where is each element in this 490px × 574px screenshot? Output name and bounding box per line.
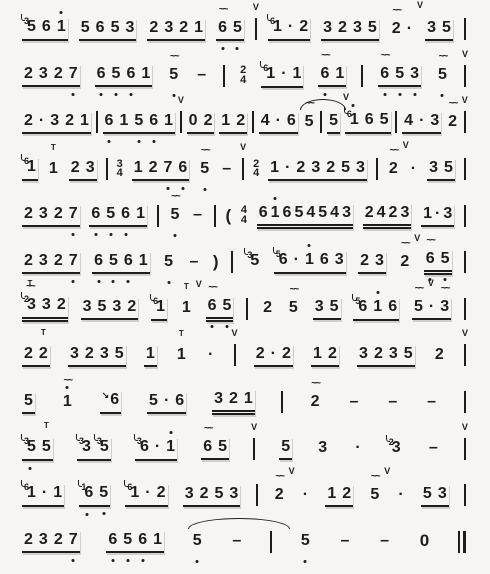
barline (231, 251, 233, 273)
note-digit: 2 (299, 17, 308, 37)
note-digit: · (39, 111, 44, 131)
note: 5V (329, 111, 338, 131)
note: 2 (149, 18, 158, 38)
octave-dot-below (102, 512, 105, 515)
note-group: 6561 (95, 64, 153, 87)
note-digit: 2 (65, 111, 74, 131)
note-digit: 2 (24, 251, 33, 271)
note-digit: 3 (335, 250, 344, 270)
octave-dot-below (97, 280, 100, 283)
barline (214, 205, 216, 227)
barline-stroke (464, 298, 466, 320)
note: 2 (24, 64, 33, 84)
note-digit: 1 (313, 344, 322, 364)
note-group: 2327 (22, 64, 80, 87)
note-digit: – (340, 531, 349, 551)
note: 1 (270, 158, 279, 178)
note-digit: 5 (301, 531, 310, 551)
note-group: 5~~ (198, 159, 211, 180)
octave-dot-below (72, 233, 75, 236)
barline-stroke (253, 438, 255, 460)
note: 2~~ (392, 19, 401, 39)
grace-note: 3 (97, 431, 102, 451)
note-group: · (353, 438, 362, 459)
note-digit: · (285, 158, 290, 178)
note: 2 (296, 158, 305, 178)
barline (223, 65, 225, 87)
barline-stroke (223, 65, 225, 87)
final-double-barline (458, 531, 466, 553)
note-group: 2~~ (446, 112, 459, 133)
tee-mark-icon: T (51, 144, 56, 152)
note-digit: 6 (124, 251, 133, 271)
notation-row: 232765615~~–2461·16~~16~~535~~V (22, 53, 466, 100)
note-digit: 5 (233, 18, 242, 38)
note-digit: 6 (380, 64, 389, 84)
barline (96, 111, 98, 133)
note: 33 (79, 437, 91, 458)
note-group: 6561 (106, 530, 164, 553)
note: 23 (389, 438, 401, 459)
note: 3 (438, 484, 447, 504)
note-group: 35 (245, 251, 261, 273)
note: 5 (444, 158, 453, 178)
note: 2 (263, 298, 272, 318)
octave-dot-below (137, 140, 140, 143)
breath-mark-icon: V (384, 467, 390, 475)
octave-dot-below (383, 93, 386, 96)
note-digit: 5 (149, 391, 158, 411)
octave-dot-below (126, 559, 129, 562)
note-digit: 7 (69, 251, 78, 271)
note: 2 (360, 251, 369, 271)
note: 5 (395, 64, 404, 84)
note-digit: 5 (404, 344, 413, 364)
note: 5~~ (438, 65, 447, 85)
note-group: 2·2 (254, 344, 293, 367)
note-digit: · (294, 250, 299, 270)
note-digit: · (164, 391, 169, 411)
note-digit: 6 (178, 158, 187, 178)
note: 5~~V (414, 297, 423, 317)
note: 6 (283, 203, 292, 223)
note: 3 (427, 18, 436, 38)
note-digit: 6 (203, 437, 212, 457)
note-digit: 6 (287, 111, 296, 131)
octave-dot-below (129, 93, 132, 96)
note-digit: 6 (218, 18, 227, 38)
note: 3 (83, 297, 92, 317)
note-group: 12 (219, 111, 247, 134)
barline (252, 111, 254, 133)
barline (361, 65, 363, 87)
time-signature: 44 (241, 206, 247, 225)
note-group: 61561 (103, 111, 176, 134)
note-digit: 5 (281, 437, 290, 457)
note-digit: · (276, 111, 281, 131)
dot-augmentation: · (208, 345, 213, 365)
note-group: – (195, 65, 208, 86)
note-group: 1 (144, 344, 157, 367)
note-digit: 1 (271, 203, 280, 223)
note-digit: 4 (330, 203, 339, 223)
note: 2 (57, 295, 66, 315)
note-digit: 2 (400, 252, 409, 272)
note-group: 5 (162, 252, 175, 273)
trill-icon: ~~ (305, 100, 313, 108)
note: 1 (141, 64, 150, 84)
grace-note: 6 (270, 11, 275, 31)
note-group: 2~~·V (390, 19, 414, 40)
dot-augmentation: · (39, 111, 44, 131)
note-digit: 5 (109, 251, 118, 271)
note: 5 (149, 391, 158, 411)
note-digit: 6 (426, 249, 435, 269)
barline-stroke (246, 298, 248, 320)
note-digit: · (407, 19, 412, 39)
note: 6 (97, 64, 106, 84)
octave-dot-above (60, 11, 63, 14)
note-group: 6~~5 (216, 18, 244, 41)
note-digit: 2 (256, 344, 265, 364)
note-digit: 6 (94, 251, 103, 271)
breath-mark-icon: V (251, 423, 257, 431)
note-digit: 1 (423, 204, 432, 224)
breath-mark-icon: V (462, 50, 468, 58)
octave-dot-above (351, 104, 354, 107)
note-group: – (187, 252, 200, 273)
note-group: 35 (425, 18, 453, 41)
note-digit: 1 (53, 483, 62, 503)
note-digit: 2 (149, 158, 158, 178)
note: 61 (24, 483, 36, 504)
note: 1T (49, 159, 58, 179)
octave-dot-below (323, 93, 326, 96)
dash-note: – (380, 531, 389, 551)
note: 4 (261, 111, 270, 131)
trill-icon: ~~ (381, 52, 389, 60)
note-group: – (378, 531, 391, 552)
note: 3 (342, 203, 351, 223)
note: 2 (24, 530, 33, 550)
note-digit: 1 (57, 17, 66, 37)
note: 6~~ (203, 437, 212, 457)
barline-stroke (106, 158, 108, 180)
note-digit: · (303, 485, 308, 505)
note-digit: 6 (149, 111, 158, 131)
barline (256, 484, 258, 506)
note: 2 (54, 251, 63, 271)
octave-dot-below (173, 234, 176, 237)
octave-dot-below (225, 325, 228, 328)
note: 1 (423, 204, 432, 224)
note-digit: 3 (400, 203, 409, 223)
barline-stroke (252, 111, 254, 133)
note: 1 (166, 437, 175, 457)
note-digit: 1 (305, 250, 314, 270)
note-digit: 3 (214, 389, 223, 409)
note: 1 (139, 251, 148, 271)
octave-dot-below (181, 187, 184, 190)
grace-note: 2 (24, 289, 29, 309)
grace-note: 6 (24, 477, 29, 497)
note-digit: 2 (71, 158, 80, 178)
note-digit: 1 (136, 204, 145, 224)
note-digit: 6 (97, 64, 106, 84)
note: 16 (81, 483, 93, 504)
note-group: 2~~V (398, 252, 411, 273)
grace-note: 3 (24, 11, 29, 31)
barline (320, 111, 322, 133)
octave-dot-above (274, 197, 277, 200)
note: 2 (149, 158, 158, 178)
note-group: 23~~T32 (22, 295, 68, 322)
tee-mark-icon: T (41, 329, 46, 337)
note: 5 (441, 249, 450, 269)
note-digit: 2 (342, 484, 351, 504)
note-digit: 6 (365, 110, 374, 130)
note: 6 (138, 530, 147, 550)
note: 2 (65, 111, 74, 131)
note-digit: 5 (442, 18, 451, 38)
note: 3 (400, 203, 409, 223)
note-group: 61·2 (125, 483, 167, 507)
note: 1 (293, 64, 302, 84)
note: 5~~ (169, 65, 178, 85)
note-digit: 3 (443, 204, 452, 224)
trill-icon: ~~ (371, 473, 379, 481)
note-digit: 2 (54, 251, 63, 271)
note: 3 (229, 484, 238, 504)
time-signature-denominator: 4 (240, 76, 246, 86)
trill-icon: ~~ (401, 240, 409, 248)
barline (395, 111, 397, 133)
note: 5 (24, 391, 33, 411)
note: 2 (229, 389, 238, 409)
note: 3 (39, 251, 48, 271)
note-group: 23 (69, 158, 97, 181)
note-digit: 2 (24, 344, 33, 364)
note-digit: 5 (42, 437, 51, 457)
note-digit: 5 (200, 159, 209, 179)
rest-note: 0 (420, 531, 429, 552)
note-digit: 3 (342, 203, 351, 223)
barline-stroke (231, 251, 233, 273)
trill-icon: ~~ (426, 237, 434, 245)
note: 61 (263, 64, 275, 85)
barline-stroke (242, 158, 244, 180)
note-group: 4·6 (259, 111, 298, 134)
note: 7 (164, 158, 173, 178)
note-digit: 1 (119, 111, 128, 131)
note-digit: 2 (328, 344, 337, 364)
note: 6 (121, 204, 130, 224)
note: 6~~ (218, 18, 227, 38)
note-digit: 1 (141, 64, 150, 84)
note-group: – (220, 159, 233, 180)
note: 6 (320, 250, 329, 270)
note-digit: 2 (435, 345, 444, 365)
note-group: 5~~ (287, 298, 300, 319)
note: 61 (347, 110, 359, 131)
octave-dot-below (108, 140, 111, 143)
grace-note: 6 (347, 104, 352, 124)
notation-row: 232765615~~–(446165454324231·3 (22, 192, 466, 239)
note-digit: 1 (270, 158, 279, 178)
note: 6 (124, 251, 133, 271)
note-group: 6~~5 (201, 437, 229, 460)
note: 1T (177, 345, 186, 365)
barline-stroke (464, 391, 466, 413)
barline-stroke (463, 531, 466, 553)
note: 1 (313, 344, 322, 364)
dash-note: – (340, 531, 349, 551)
note-digit: 3 (375, 251, 384, 271)
note-digit: – (427, 392, 436, 412)
note-digit: · (271, 344, 276, 364)
note-digit: 2 (236, 111, 245, 131)
note-digit: 6 (259, 203, 268, 223)
note: 35 (24, 17, 36, 38)
note-group: 3532 (81, 297, 139, 320)
note-group: 321 (212, 389, 255, 415)
note-digit: 0 (420, 531, 429, 551)
note: 3 (100, 344, 109, 364)
note-group: 1T (47, 159, 60, 180)
slide-down-icon: ↘ (102, 385, 110, 405)
note-group: 56·163 (274, 250, 346, 274)
note: 2 (299, 17, 308, 37)
parenthesis: ) (213, 252, 219, 272)
note-digit: 5 (81, 18, 90, 38)
note: 3 (70, 344, 79, 364)
dot-augmentation: · (281, 64, 286, 84)
notation-row: 2·32161561V02124·65~~5V61654·32~~V (22, 99, 466, 146)
note: 1 (119, 111, 128, 131)
note-group: – (425, 392, 438, 413)
note: 3 (112, 297, 121, 317)
note-digit: 6 (208, 296, 217, 316)
note-digit: 6 (283, 203, 292, 223)
barline: V (242, 158, 244, 180)
note: 2 (71, 158, 80, 178)
note: 3 (86, 158, 95, 178)
octave-dot-below (72, 93, 75, 96)
note-digit: · (411, 159, 416, 179)
note-digit: 1 (244, 389, 253, 409)
dash-note: – (232, 531, 241, 551)
note-group: 5~~ (168, 205, 181, 226)
note: 6 (388, 297, 397, 317)
note-group: 2321 (147, 18, 205, 41)
note: 1 (335, 64, 344, 84)
time-signature: 24 (253, 160, 259, 179)
note-group: 3235 (68, 344, 126, 367)
note: 36 (137, 437, 149, 458)
note-digit: 2 (204, 111, 213, 131)
note-digit: 4 (377, 203, 386, 223)
note-digit: 5 (368, 18, 377, 38)
note: 2 (374, 344, 383, 364)
note-digit: 3 (356, 158, 365, 178)
dash-note: – (388, 392, 397, 412)
note: 5 (111, 18, 120, 38)
octave-dot-below (413, 93, 416, 96)
note: 5 (318, 203, 327, 223)
note-digit: · (288, 17, 293, 37)
note: 2 (236, 111, 245, 131)
note: 6~~ (426, 249, 435, 269)
note-group: 2~~ (309, 392, 322, 413)
note-digit: 3 (353, 18, 362, 38)
note-group: 23 (358, 251, 386, 274)
octave-dot-below (211, 325, 214, 328)
note-group: 3561 (22, 17, 68, 41)
note: 7 (69, 64, 78, 84)
dot-augmentation: · (429, 297, 434, 317)
grace-note: 6 (127, 477, 132, 497)
note-digit: 5 (318, 203, 327, 223)
note-digit: 5 (444, 158, 453, 178)
grace-note: 6 (153, 291, 158, 311)
note-digit: 6 (320, 64, 329, 84)
dash-note: – (429, 438, 438, 458)
note: 3 (50, 111, 59, 131)
note: 6 (175, 391, 184, 411)
note-digit: – (429, 438, 438, 458)
time-signature-denominator: 4 (253, 169, 259, 179)
note: 6 (91, 204, 100, 224)
note: 3 (359, 344, 368, 364)
note-digit: 3 (410, 64, 419, 84)
note-digit: 3 (429, 158, 438, 178)
notation-row: 22T323511T·V2·21232352V (22, 332, 466, 379)
note-digit: 2 (389, 203, 398, 223)
octave-dot-below (166, 187, 169, 190)
barline: V (255, 18, 257, 40)
note-group: 02 (187, 111, 215, 134)
note: 3 (323, 18, 332, 38)
octave-dot-below (127, 280, 130, 283)
note-digit: 1 (153, 530, 162, 550)
dot-augmentation: · (435, 204, 440, 224)
note: 7 (69, 530, 78, 550)
note: 1 (373, 297, 382, 317)
note-digit: 7 (164, 158, 173, 178)
note: 3 (356, 158, 365, 178)
note-group: 5~~ (436, 65, 449, 86)
barline-stroke (255, 18, 257, 40)
note-digit: 5 (193, 531, 202, 551)
note: 5 (404, 344, 413, 364)
note-digit: 7 (69, 64, 78, 84)
note-group: ↘6 (100, 390, 121, 414)
note: 61 (270, 17, 282, 38)
note-digit: 1 (134, 158, 143, 178)
note-group: 355T (22, 437, 53, 461)
note-digit: · (42, 483, 47, 503)
barline-stroke (180, 111, 182, 133)
note-digit: 5 (215, 484, 224, 504)
barline-stroke (157, 205, 159, 227)
note-digit: 1 (221, 111, 230, 131)
octave-dot-below (124, 233, 127, 236)
note: 6 (365, 110, 374, 130)
notation-row: 61·116561·232532~~V·125~~V·53 (22, 472, 466, 519)
note-group: 5 (191, 531, 204, 552)
barline-stroke (281, 391, 283, 413)
note: 3 (430, 111, 439, 131)
